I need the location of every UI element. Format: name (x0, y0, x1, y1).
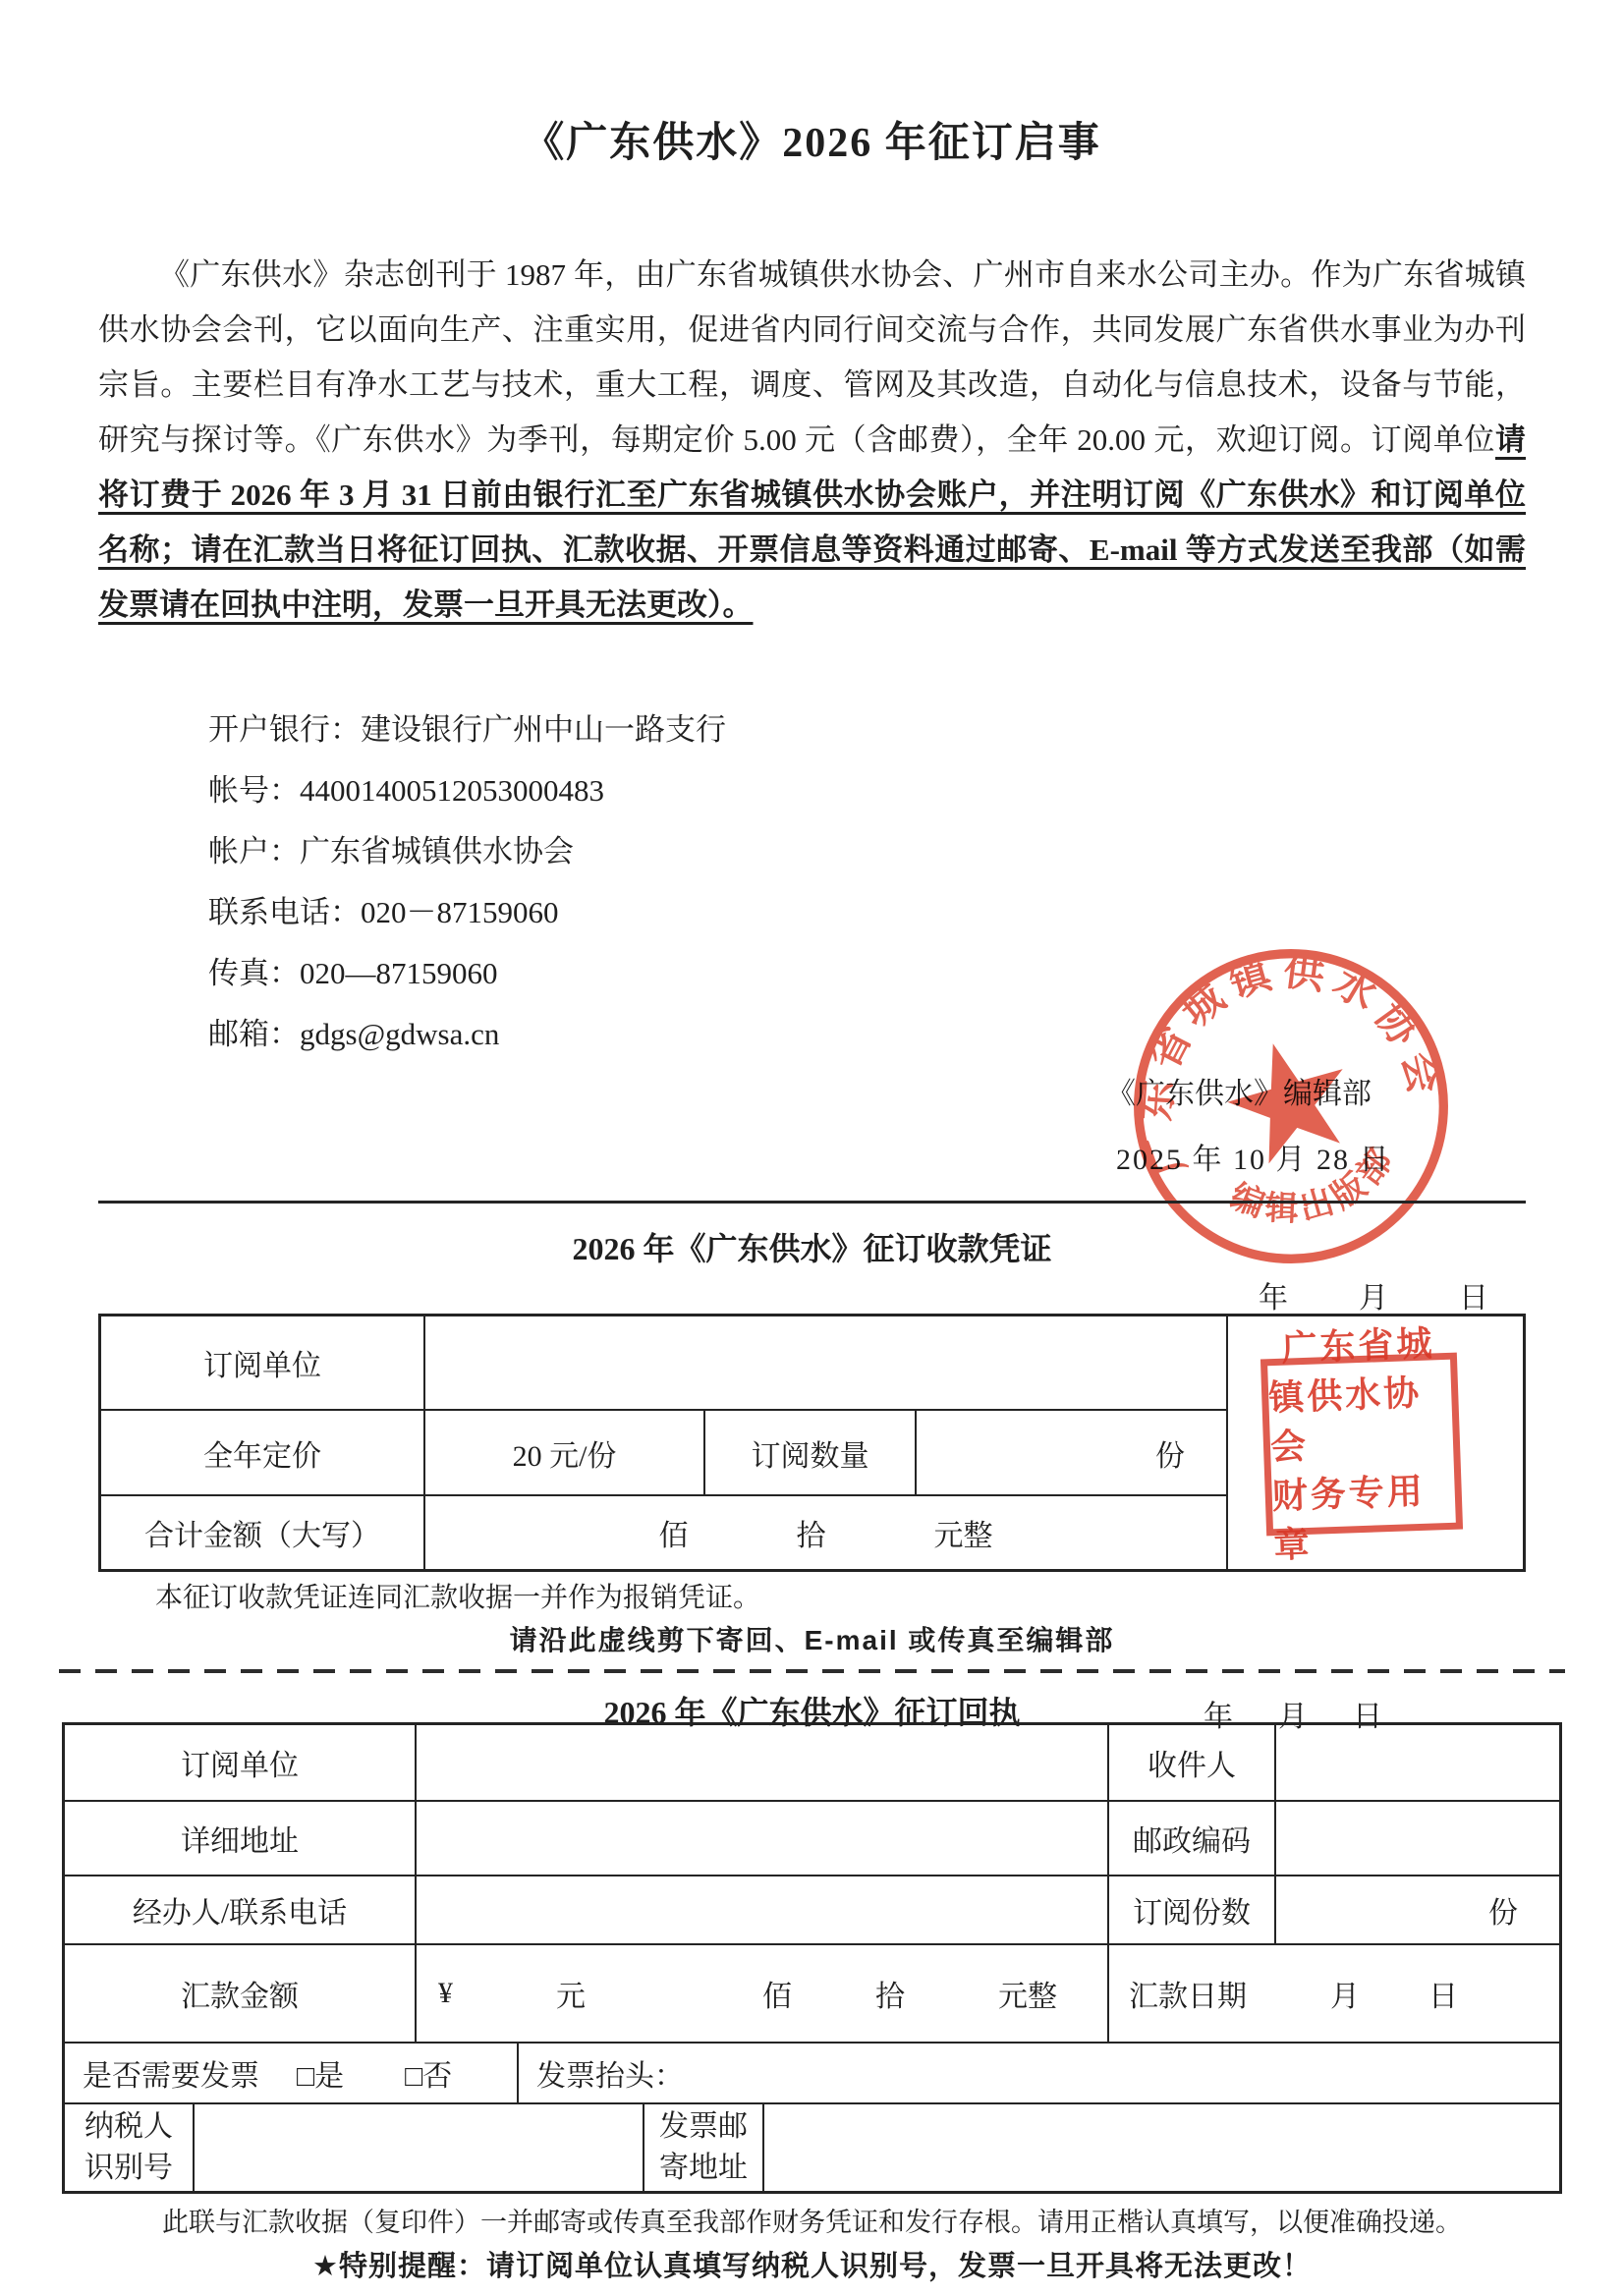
reply-row-address: 详细地址 邮政编码 (65, 1802, 1559, 1876)
document-title: 《广东供水》2026 年征订启事 (0, 110, 1624, 169)
reply-row-subscriber: 订阅单位 收件人 (65, 1725, 1559, 1802)
receipt-section-title: 2026 年《广东供水》征订收款凭证 (0, 1224, 1624, 1269)
remit-yuan-whole-label: 元整 (998, 1972, 1057, 2015)
bank-line-email: 邮箱：gdgs@gdwsa.cn (208, 1004, 726, 1065)
finance-square-seal: 广东省城 镇供水协会 财务专用章 (1260, 1353, 1463, 1537)
taxpayer-id-label-line-2: 识别号 (84, 2148, 173, 2189)
taxpayer-id-value-blank (195, 2104, 644, 2191)
reply-remit-amount-label: 汇款金额 (65, 1945, 417, 2042)
bank-line-opening-bank: 开户银行：建设银行广州中山一路支行 (208, 700, 726, 760)
reply-address-value-blank (417, 1802, 1109, 1875)
receipt-amount-yuan: 元整 (934, 1511, 993, 1554)
dashed-cut-line (59, 1669, 1565, 1673)
cut-line-instruction: 请沿此虚线剪下寄回、E-mail 或传真至编辑部 (0, 1619, 1624, 1658)
finance-seal-line-1: 广东省城 (1281, 1318, 1436, 1372)
invoice-title-cell: 发票抬头： (519, 2044, 1559, 2102)
special-reminder-warning: ★特别提醒：请订阅单位认真填写纳税人识别号，发票一旦开具将无法更改！ (0, 2244, 1624, 2284)
reply-copies-label: 订阅份数 (1109, 1876, 1276, 1943)
reply-row-invoice-needed: 是否需要发票 □是 □否 发票抬头： (65, 2044, 1559, 2104)
reply-copies-cell: 份 (1276, 1876, 1559, 1943)
bank-info-block: 开户银行：建设银行广州中山一路支行 帐号：4400140051205300048… (208, 700, 726, 1065)
reply-postcode-value-blank (1276, 1802, 1559, 1875)
receipt-quantity-label: 订阅数量 (705, 1411, 917, 1494)
remit-yuan-label: 元 (556, 1972, 586, 2015)
receipt-note: 本征订收款凭证连同汇款收据一并作为报销凭证。 (155, 1576, 760, 1615)
invoice-mailing-label-line-2: 寄地址 (659, 2148, 748, 2189)
receipt-quantity-cell: 份 (917, 1411, 1226, 1494)
invoice-title-label: 发票抬头： (536, 2051, 684, 2095)
invoice-needed-cell: 是否需要发票 □是 □否 (65, 2044, 519, 2102)
receipt-subscriber-value-blank (425, 1316, 1226, 1409)
reply-subscriber-value-blank (417, 1725, 1109, 1800)
receipt-stamp-cell: 广东省城 镇供水协会 财务专用章 (1228, 1316, 1523, 1569)
receipt-table-main: 订阅单位 全年定价 20 元/份 订阅数量 份 合计金额（大写） 佰 拾 元整 (101, 1316, 1228, 1569)
reply-contact-label: 经办人/联系电话 (65, 1876, 417, 1943)
reply-postcode-label: 邮政编码 (1109, 1802, 1276, 1875)
receipt-row-subscriber: 订阅单位 (101, 1316, 1226, 1411)
reply-row-contact: 经办人/联系电话 订阅份数 份 (65, 1876, 1559, 1945)
receipt-amount-hundred: 佰 (659, 1511, 689, 1554)
reply-recipient-label: 收件人 (1109, 1725, 1276, 1800)
receipt-date-year-label: 年 (1259, 1273, 1288, 1316)
receipt-quantity-unit: 份 (1155, 1431, 1185, 1475)
receipt-total-label: 合计金额（大写） (101, 1496, 425, 1569)
reply-footer-note: 此联与汇款收据（复印件）一并邮寄或传真至我部作财务凭证和发行存根。请用正楷认真填… (0, 2201, 1624, 2239)
intro-normal-text: 《广东供水》杂志创刊于 1987 年，由广东省城镇供水协会、广州市自来水公司主办… (98, 257, 1526, 457)
receipt-price-label: 全年定价 (101, 1411, 425, 1494)
reply-remit-date-cell: 汇款日期 月 日 (1109, 1945, 1559, 2042)
reply-remit-amount-blanks: ¥ 元 佰 拾 元整 (417, 1945, 1109, 2042)
reply-remit-date-label: 汇款日期 (1129, 1972, 1247, 2015)
seal-ring-text: 广东省城镇供水协会 (1118, 933, 1451, 1182)
reply-row-taxpayer: 纳税人 识别号 发票邮 寄地址 (65, 2104, 1559, 2191)
intro-paragraph: 《广东供水》杂志创刊于 1987 年，由广东省城镇供水协会、广州市自来水公司主办… (98, 248, 1526, 633)
remit-ten-label: 拾 (875, 1972, 905, 2015)
reply-table: 订阅单位 收件人 详细地址 邮政编码 经办人/联系电话 订阅份数 份 汇款金额 … (62, 1722, 1562, 2194)
receipt-total-amount-blanks: 佰 拾 元整 (425, 1496, 1226, 1569)
remit-hundred-label: 佰 (762, 1972, 792, 2015)
reply-recipient-value-blank (1276, 1725, 1559, 1800)
receipt-table: 订阅单位 全年定价 20 元/份 订阅数量 份 合计金额（大写） 佰 拾 元整 (98, 1314, 1526, 1572)
taxpayer-id-label: 纳税人 识别号 (65, 2104, 195, 2191)
receipt-date-blanks: 年 月 日 (1259, 1273, 1488, 1316)
reply-address-label: 详细地址 (65, 1802, 417, 1875)
scanned-subscription-notice-page: 《广东供水》2026 年征订启事 《广东供水》杂志创刊于 1987 年，由广东省… (0, 0, 1624, 2296)
finance-seal-line-3: 财务专用章 (1271, 1466, 1457, 1570)
seal-star-icon (1215, 1027, 1362, 1169)
reply-subscriber-label: 订阅单位 (65, 1725, 417, 1800)
bank-line-fax: 传真：020—87159060 (208, 943, 726, 1004)
invoice-needed-label: 是否需要发票 (83, 2051, 259, 2095)
receipt-amount-ten: 拾 (797, 1511, 826, 1554)
bank-line-phone: 联系电话：020－87159060 (208, 882, 726, 943)
bank-line-account-name: 帐户：广东省城镇供水协会 (208, 821, 726, 882)
invoice-yes-checkbox: □是 (297, 2051, 344, 2095)
reply-contact-value-blank (417, 1876, 1109, 1943)
invoice-mailing-address-label: 发票邮 寄地址 (644, 2104, 764, 2191)
invoice-no-checkbox: □否 (405, 2051, 452, 2095)
reply-remit-month-label: 月 (1330, 1972, 1360, 2015)
taxpayer-id-label-line-1: 纳税人 (84, 2106, 173, 2148)
bank-line-account-number: 帐号：44001400512053000483 (208, 760, 726, 821)
reply-remit-day-label: 日 (1428, 1972, 1458, 2015)
receipt-subscriber-label: 订阅单位 (101, 1316, 425, 1409)
section-divider-rule (98, 1201, 1526, 1204)
invoice-mailing-label-line-1: 发票邮 (659, 2106, 748, 2148)
receipt-date-day-label: 日 (1459, 1273, 1488, 1316)
reply-copies-unit: 份 (1488, 1888, 1518, 1932)
receipt-row-price: 全年定价 20 元/份 订阅数量 份 (101, 1411, 1226, 1496)
svg-text:广东省城镇供水协会: 广东省城镇供水协会 (1118, 933, 1451, 1182)
receipt-date-month-label: 月 (1359, 1273, 1388, 1316)
receipt-row-total: 合计金额（大写） 佰 拾 元整 (101, 1496, 1226, 1569)
remit-currency-symbol: ¥ (438, 1977, 453, 2010)
invoice-mailing-address-value-blank (764, 2104, 1559, 2191)
finance-seal-line-2: 镇供水协会 (1267, 1368, 1453, 1472)
reply-row-remittance: 汇款金额 ¥ 元 佰 拾 元整 汇款日期 月 日 (65, 1945, 1559, 2044)
receipt-price-value: 20 元/份 (425, 1411, 705, 1494)
